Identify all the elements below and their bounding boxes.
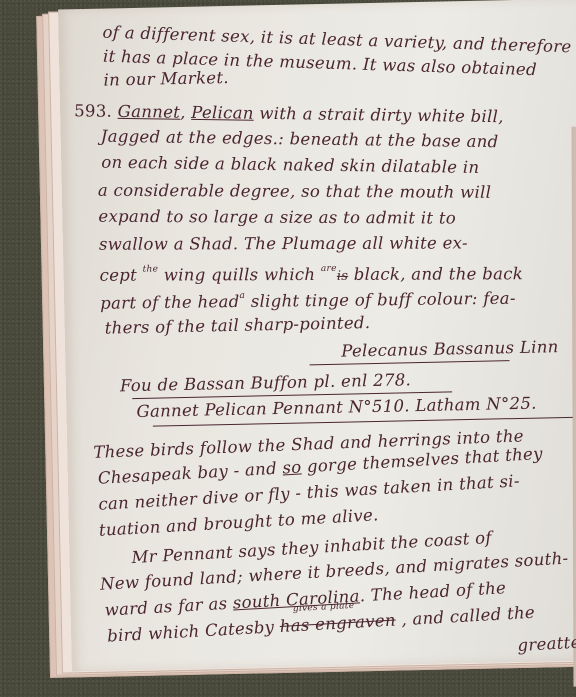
manuscript-page: of a different sex, it is at least a var… — [58, 0, 576, 671]
species-name: Gannet — [118, 102, 181, 122]
text-line: thers of the tail sharp-pointed. — [105, 313, 371, 338]
text-fragment: bird which Catesby — [107, 617, 275, 645]
text-line: with a strait dirty white bill, — [259, 104, 504, 126]
entry-header: 593. Gannet, Pelican with a strait dirty… — [74, 101, 504, 126]
text-fragment: part of the head — [100, 292, 240, 313]
text-fragment: slight tinge of buff colour: fea- — [251, 289, 516, 311]
text-line: swallow a Shad. The Plumage all white ex… — [99, 233, 468, 253]
text-line-with-insertions: part of the heada slight tinge of buff c… — [100, 288, 516, 313]
linnaean-name: Pelecanus Bassanus Linn — [341, 337, 559, 361]
manuscript-stack: of a different sex, it is at least a var… — [36, 0, 576, 682]
catchword: greatter — [517, 632, 576, 655]
struck-phrase: has engraven — [279, 611, 396, 636]
text-fragment: , and called the — [401, 603, 536, 629]
text-line: expand to so large a size as to admit it… — [98, 207, 456, 228]
text-line-with-insertions: cept the wing quills which areis black, … — [100, 263, 524, 284]
facing-page-edge — [572, 127, 576, 687]
reference-buffon: Fou de Bassan Buffon pl. enl 278. — [120, 370, 412, 395]
underline-rule — [310, 360, 510, 365]
inserted-word: are — [321, 264, 337, 274]
underlined-word: so — [282, 457, 302, 477]
inserted-word: the — [143, 265, 159, 275]
handwritten-text: of a different sex, it is at least a var… — [84, 0, 576, 9]
text-fragment: ward as far as — [104, 594, 228, 620]
text-line: in our Market. — [103, 68, 229, 90]
text-fragment: . The head of the — [359, 578, 506, 605]
entry-number: 593. — [74, 101, 112, 121]
text-fragment: cept — [100, 266, 137, 285]
text-fragment: black, and the back — [354, 264, 523, 284]
inserted-word: a — [239, 291, 245, 301]
text-line: a considerable degree, so that the mouth… — [98, 181, 491, 202]
struck-word: is — [337, 269, 348, 284]
inserted-phrase: gives a plate — [293, 601, 355, 614]
species-genus: Pelican — [191, 103, 254, 123]
text-fragment: Chesapeak bay - and — [97, 459, 277, 488]
text-line: on each side a black naked skin dilatabl… — [101, 153, 479, 177]
text-fragment: wing quills which — [164, 265, 316, 285]
text-line: Jagged at the edges.: beneath at the bas… — [101, 127, 499, 152]
